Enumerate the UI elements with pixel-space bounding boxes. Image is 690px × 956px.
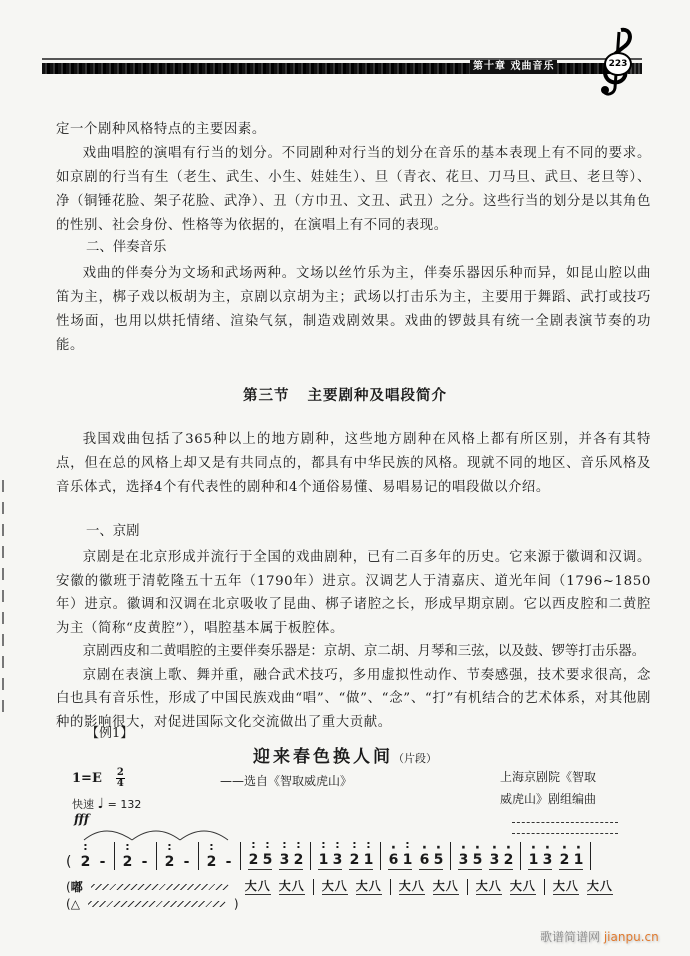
percussion-measure: 大八大八	[391, 879, 468, 895]
watermark-domain: jianpu.cn	[604, 930, 659, 944]
roles-paragraph: 戏曲唱腔的演唱有行当的划分。不同剧种对行当的划分在音乐的基本表现上有不同的要求。…	[56, 142, 651, 238]
percussion-beat: 大八	[433, 877, 459, 895]
measure: 2-	[73, 842, 115, 870]
measure: 2532	[241, 842, 311, 870]
measure: 3532	[451, 842, 521, 870]
note: 1	[573, 852, 583, 868]
watermark-text: 歌谱简谱网	[540, 930, 600, 944]
page-number: 223	[604, 52, 632, 76]
percussion-beat: 大八	[279, 877, 305, 895]
song-composer: 上海京剧院《智取 威虎山》剧组编曲	[500, 766, 610, 810]
beam-group: 65	[419, 852, 443, 870]
note: 2	[559, 852, 569, 868]
percussion-beat: 大八	[399, 877, 425, 895]
beam-group: 25	[248, 852, 272, 870]
section-title: 第三节主要剧种及唱段简介	[0, 384, 690, 405]
heading-accompaniment: 二、伴奏音乐	[86, 236, 166, 255]
percussion-row-1: ( 嘟 大八大八大八大八大八大八大八大八大八大八	[66, 878, 621, 895]
note: 1	[402, 852, 412, 868]
jingju-paragraph-1: 京剧是在北京形成并流行于全国的戏曲剧种，已有二百多年的历史。它来源于徽调和汉调。…	[56, 546, 651, 640]
tempo-marking: 快速 ♩ = 132	[72, 796, 141, 812]
percussion-row-2: ( △ )	[66, 897, 239, 911]
note: 2	[293, 852, 303, 868]
measure: 2-	[157, 842, 199, 870]
heading-jingju: 一、京剧	[86, 520, 140, 539]
jingju-text: 京剧是在北京形成并流行于全国的戏曲剧种，已有二百多年的历史。它来源于徽调和汉调。…	[56, 546, 651, 734]
note: 5	[433, 852, 443, 868]
running-head-chapter: 第十章 戏曲音乐	[470, 60, 557, 74]
beam-group: 61	[388, 852, 412, 870]
note: 3	[279, 852, 289, 868]
key-value: 1=E	[72, 771, 102, 786]
section-three-paragraph: 我国戏曲包括了365种以上的地方剧种，这些地方剧种在风格上都有所区别，并各有其特…	[56, 428, 651, 500]
measure: 2-	[115, 842, 157, 870]
section-name: 主要剧种及唱段简介	[308, 388, 448, 404]
section-three-text: 我国戏曲包括了365种以上的地方剧种，这些地方剧种在风格上都有所区别，并各有其特…	[56, 428, 651, 500]
note: 3	[332, 852, 342, 868]
dash-extension: -	[223, 854, 233, 870]
note: 2	[122, 854, 132, 870]
measure: 2-	[199, 842, 241, 870]
beam-group: 32	[489, 852, 513, 870]
crescendo-lines	[512, 822, 618, 834]
note: 3	[542, 852, 552, 868]
accompaniment-text: 戏曲的伴奏分为文场和武场两种。文场以丝竹乐为主，伴奏乐器因乐种而异，如昆山腔以曲…	[56, 262, 651, 358]
melody-open-paren: (	[66, 854, 71, 870]
beam-group: 21	[349, 852, 373, 870]
percussion-beat: 大八	[356, 877, 382, 895]
triangle-icon: △	[71, 897, 80, 911]
melody-staff: ( 2-2-2-2-25321321616535321321	[66, 840, 591, 870]
quarter-note-icon: ♩	[98, 796, 105, 812]
intro-text: 定一个剧种风格特点的主要因素。 戏曲唱腔的演唱有行当的划分。不同剧种对行当的划分…	[56, 118, 651, 238]
watermark: 歌谱简谱网 jianpu.cn	[540, 928, 659, 945]
accompaniment-paragraph: 戏曲的伴奏分为文场和武场两种。文场以丝竹乐为主，伴奏乐器因乐种而异，如昆山腔以曲…	[56, 262, 651, 358]
composer-line-2: 威虎山》剧组编曲	[500, 788, 610, 810]
note: 1	[318, 852, 328, 868]
note: 6	[388, 852, 398, 868]
note: 5	[262, 852, 272, 868]
tempo-value: = 132	[108, 798, 142, 811]
tremolo-wavy-line	[91, 884, 229, 890]
percussion-beat: 大八	[322, 877, 348, 895]
tempo-label: 快速	[72, 798, 94, 811]
percussion-measure: 大八大八	[237, 879, 314, 895]
beam-group: 21	[559, 852, 583, 870]
scan-edge-marks	[0, 480, 8, 740]
example-label: 【例1】	[86, 722, 133, 741]
note: 1	[528, 852, 538, 868]
percussion-measure: 大八大八	[468, 879, 545, 895]
song-title: 迎来春色换人间（片段）	[0, 742, 690, 767]
time-sig-bottom: 4	[117, 779, 124, 789]
note: 6	[419, 852, 429, 868]
percussion-beat: 大八	[553, 877, 579, 895]
beam-group: 13	[318, 852, 342, 870]
measure: 1321	[521, 842, 591, 870]
jingju-paragraph-3: 京剧在表演上歌、舞并重，融合武术技巧，多用虚拟性动作、节奏感强，技术要求很高，念…	[56, 664, 651, 735]
time-signature: 2 4	[116, 768, 125, 789]
song-title-note: （片段）	[393, 752, 437, 765]
beam-group: 32	[279, 852, 303, 870]
dash-extension: -	[97, 854, 107, 870]
composer-line-1: 上海京剧院《智取	[500, 766, 610, 788]
percussion-measure: 大八大八	[314, 879, 391, 895]
continuation-paragraph: 定一个剧种风格特点的主要因素。	[56, 118, 651, 142]
key-signature: 1=E 2 4	[72, 768, 125, 789]
note: 2	[206, 854, 216, 870]
note: 5	[472, 852, 482, 868]
beam-group: 35	[458, 852, 482, 870]
perc2-close-paren: )	[234, 897, 239, 911]
note: 2	[349, 852, 359, 868]
note: 3	[489, 852, 499, 868]
section-number: 第三节	[243, 388, 290, 404]
dash-extension: -	[139, 854, 149, 870]
note: 2	[164, 854, 174, 870]
jingju-paragraph-2: 京剧西皮和二黄唱腔的主要伴奏乐器是：京胡、京二胡、月琴和三弦，以及鼓、锣等打击乐…	[56, 640, 651, 664]
percussion-beat: 大八	[245, 877, 271, 895]
book-page: 第十章 戏曲音乐 223 定一个剧种风格特点的主要因素。 戏曲唱腔的演唱有行当的…	[0, 0, 690, 956]
dash-extension: -	[181, 854, 191, 870]
note: 2	[503, 852, 513, 868]
percussion-beat: 大八	[587, 877, 613, 895]
note: 2	[80, 854, 90, 870]
measure: 6165	[381, 842, 451, 870]
perc-syllable: 嘟	[71, 878, 83, 895]
beam-group: 13	[528, 852, 552, 870]
percussion-measure: 大八大八	[545, 879, 621, 895]
note: 2	[248, 852, 258, 868]
note: 3	[458, 852, 468, 868]
tremolo-wavy-line-2	[88, 901, 226, 907]
percussion-beat: 大八	[510, 877, 536, 895]
note: 1	[363, 852, 373, 868]
song-source: ——选自《智取威虎山》	[220, 772, 352, 789]
percussion-beat: 大八	[476, 877, 502, 895]
song-title-text: 迎来春色换人间	[253, 747, 393, 767]
measure: 1321	[311, 842, 381, 870]
